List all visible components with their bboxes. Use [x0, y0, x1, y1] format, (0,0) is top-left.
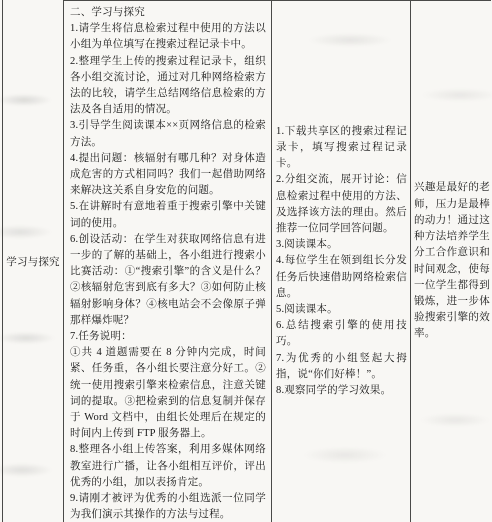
student-activity-item: 2.分组交流，展开讨论：信息检索过程中使用的方法、及选择该方法的理由。然后推荐一…	[276, 172, 407, 237]
teacher-activity-item: 3.引导学生阅读课本××页网络信息的检索方法。	[70, 118, 266, 150]
lesson-plan-table: 学习与探究 二、学习与探究 1.请学生将信息检索过程中使用的方法以小组为单位填写…	[2, 0, 491, 522]
teacher-activity-item: 9.请刚才被评为优秀的小组选派一位同学为我们演示其操作的方法与过程。	[70, 491, 266, 522]
student-activity-list: 1.下载共享区的搜索过程记录卡，填写搜索过程记录卡。2.分组交流，展开讨论：信息…	[276, 124, 407, 399]
student-activity-item: 3.阅读课本。	[276, 237, 407, 253]
teacher-activity-item: 1.请学生将信息检索过程中使用的方法以小组为单位填写在搜索过程记录卡中。	[70, 21, 266, 53]
stage-label: 学习与探究	[6, 254, 60, 269]
stage-header-cell: 学习与探究	[2, 0, 63, 522]
teacher-activity-heading: 二、学习与探究	[70, 5, 266, 21]
student-activity-item: 8.观察同学的学习效果。	[276, 383, 407, 399]
teacher-activity-item: 4.提出问题：核辐射有哪几种？对身体造成危害的方式相同吗？我们一起借助网络来解决…	[70, 151, 266, 200]
student-activity-item: 1.下载共享区的搜索过程记录卡，填写搜索过程记录卡。	[276, 124, 407, 173]
teacher-activity-item: 6.创设活动：在学生对获取网络信息有进一步的了解的基础上，各小组进行搜索小比赛活…	[70, 232, 266, 329]
design-intent-cell: 兴趣是最好的老师，压力是最棒的动力！通过这种方法培养学生分工合作意识和时间观念，…	[410, 0, 491, 522]
student-activity-item: 4.每位学生在领到组长分发任务后快速借助网络检索信息。	[276, 253, 407, 302]
teacher-activity-item: 5.在讲解时有意地着重于搜索引擎中关键词的使用。	[70, 199, 266, 231]
teacher-activity-cell: 二、学习与探究 1.请学生将信息检索过程中使用的方法以小组为单位填写在搜索过程记…	[63, 0, 271, 522]
student-activity-cell: 1.下载共享区的搜索过程记录卡，填写搜索过程记录卡。2.分组交流，展开讨论：信息…	[271, 0, 410, 522]
teacher-activity-list: 1.请学生将信息检索过程中使用的方法以小组为单位填写在搜索过程记录卡中。2.整理…	[70, 21, 266, 522]
student-activity-item: 7.为优秀的小组竖起大拇指，说“你们好棒！”。	[276, 351, 407, 383]
student-activity-item: 5.阅读课本。	[276, 302, 407, 318]
student-activity-item: 6.总结搜索引擎的使用技巧。	[276, 318, 407, 350]
teacher-activity-item: 8.整理各小组上传答案，利用多媒体网络教室进行广播，让各小组相互评价，评出优秀的…	[70, 442, 266, 491]
teacher-activity-item: ①共 4 道题需要在 8 分钟内完成，时间紧、任务重，各小组长要注意分好工。②统…	[70, 345, 266, 442]
design-intent-text: 兴趣是最好的老师，压力是最棒的动力！通过这种方法培养学生分工合作意识和时间观念，…	[414, 180, 490, 342]
teacher-activity-item: 2.整理学生上传的搜索过程记录卡，组织各小组交流讨论，通过对几种网络检索方法的比…	[70, 54, 266, 119]
teacher-activity-item: 7.任务说明：	[70, 329, 266, 345]
